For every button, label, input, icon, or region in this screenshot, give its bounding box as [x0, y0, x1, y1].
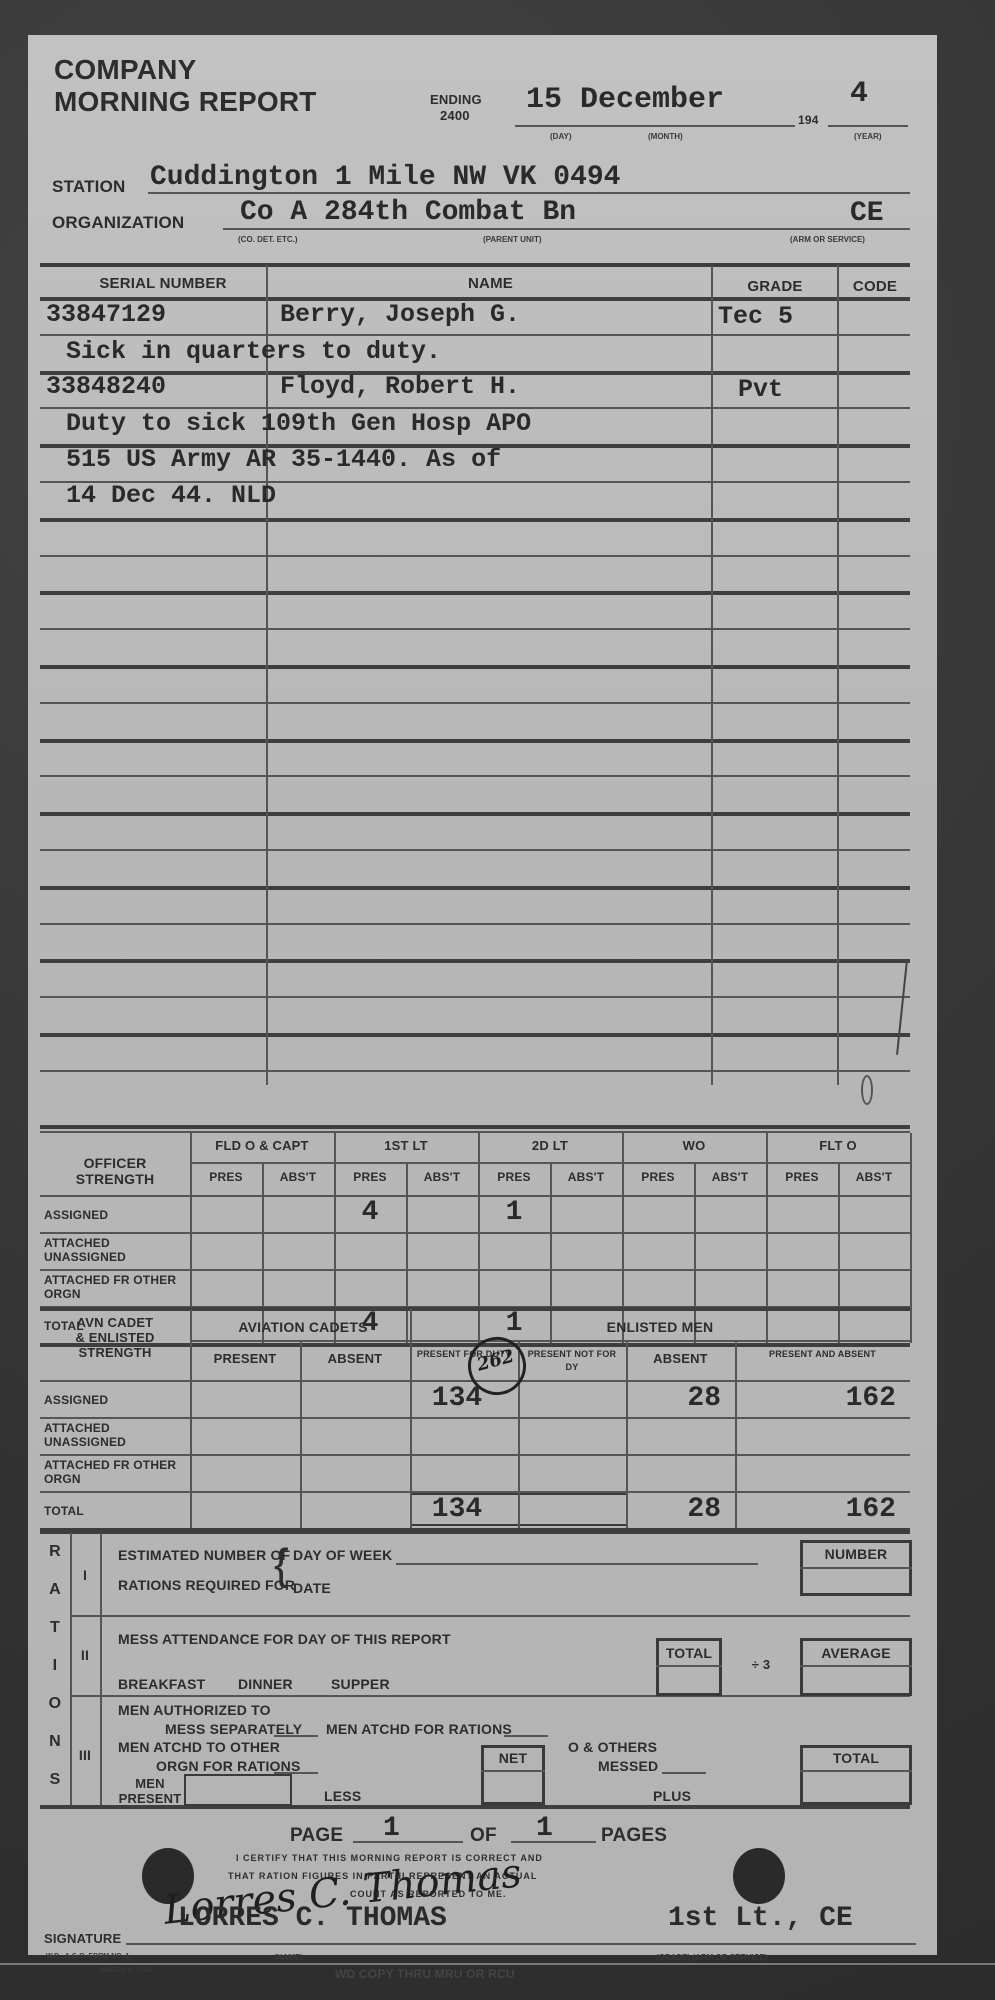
rations-rule — [70, 1695, 910, 1697]
col-header-name: NAME — [268, 275, 713, 292]
enlisted-row-label: ASSIGNED — [44, 1393, 184, 1407]
rations-rule — [70, 1615, 910, 1617]
enlisted-label-3: STRENGTH — [40, 1345, 190, 1360]
date-label: DATE — [293, 1580, 331, 1596]
soldier-name: Floyd, Robert H. — [280, 372, 520, 401]
roster-rule — [40, 334, 910, 336]
rations-letter: A — [40, 1581, 70, 1599]
roster-column-line — [711, 265, 713, 1085]
rations-letter: T — [40, 1619, 70, 1637]
grid-column-line — [766, 1133, 768, 1343]
grid-column-line — [262, 1162, 264, 1343]
organization-value: Co A 284th Combat Bn — [240, 197, 576, 228]
o-others-1: O & OTHERS — [568, 1739, 657, 1755]
officer-strength-label-1: OFFICER — [40, 1155, 190, 1171]
rations-top-rule — [40, 1530, 910, 1534]
net-box-rule — [481, 1770, 545, 1772]
enlisted-cell: 28 — [626, 1494, 721, 1525]
officer-sub-header: ABS'T — [262, 1170, 334, 1184]
net-label: NET — [481, 1750, 545, 1766]
col-header-code: CODE — [840, 278, 910, 295]
grade-caption: (GRADE) (ARM OR SERVICE) — [656, 1953, 767, 1962]
year-caption: (YEAR) — [854, 132, 882, 141]
remark-line: Sick in quarters to duty. — [66, 337, 441, 366]
men-atchd-other-1: MEN ATCHD TO OTHER — [118, 1739, 280, 1755]
enlisted-row-label: ATTACHED FR OTHER ORGN — [44, 1458, 184, 1486]
grid-column-line — [550, 1162, 552, 1343]
men-atchd-rations-input — [504, 1735, 548, 1737]
section-1-text-2: RATIONS REQUIRED FOR — [118, 1577, 295, 1593]
section-2-number: II — [70, 1647, 100, 1663]
remark-line: Duty to sick 109th Gen Hosp APO — [66, 409, 531, 438]
officer-sub-header: PRES — [478, 1170, 550, 1184]
total-box-iii-rule — [800, 1770, 912, 1772]
signer-name: LORRES C. THOMAS — [178, 1903, 447, 1934]
grid-column-line — [910, 1133, 912, 1343]
men-authorized-1: MEN AUTHORIZED TO — [118, 1702, 271, 1718]
officer-sub-header: ABS'T — [550, 1170, 622, 1184]
officer-top-rule-2 — [40, 1131, 910, 1133]
arm-value: CE — [850, 198, 884, 229]
grid-rule — [40, 1232, 910, 1234]
grid-column-line — [735, 1340, 737, 1528]
officer-row-label: ATTACHED UNASSIGNED — [44, 1236, 184, 1264]
roster-rule — [40, 1033, 910, 1037]
officer-sub-header: PRES — [190, 1170, 262, 1184]
grid-column-line — [838, 1162, 840, 1343]
form-date: MARCH 1, 1943 — [100, 1967, 151, 1974]
org-caption-unit: (CO. DET. ETC.) — [238, 235, 298, 244]
year-underline — [828, 125, 908, 127]
scan-artifact-line — [0, 1963, 995, 1965]
date-value: 15 December — [526, 83, 724, 117]
plus-label: PLUS — [653, 1788, 691, 1804]
grid-column-line — [694, 1162, 696, 1343]
enlisted-label-1: AVN CADET — [40, 1315, 190, 1330]
officer-row-label: ASSIGNED — [44, 1208, 184, 1222]
breakfast-label: BREAKFAST — [118, 1676, 205, 1692]
average-label: AVERAGE — [800, 1645, 912, 1661]
grid-column-line — [622, 1133, 624, 1343]
roster-rule — [40, 702, 910, 704]
officer-sub-header: ABS'T — [406, 1170, 478, 1184]
officer-group-header: FLD O & CAPT — [190, 1138, 334, 1153]
grid-column-line — [410, 1309, 412, 1528]
average-box-rule — [800, 1665, 912, 1667]
grid-rule — [40, 1307, 910, 1311]
number-label: NUMBER — [800, 1546, 912, 1562]
roster-rule — [40, 996, 910, 998]
officer-group-header: 2D LT — [478, 1138, 622, 1153]
rations-divider — [100, 1533, 102, 1805]
remark-line: 14 Dec 44. NLD — [66, 481, 276, 510]
officer-sub-header: PRES — [766, 1170, 838, 1184]
roster-rule — [40, 849, 910, 851]
roster-top-rule — [40, 263, 910, 267]
officer-cell: 4 — [334, 1197, 406, 1228]
binder-hole-right — [733, 1848, 785, 1904]
station-underline — [148, 192, 910, 194]
roster-rule — [40, 1070, 910, 1072]
enlisted-label-2: & ENLISTED — [40, 1330, 190, 1345]
section-1-text-1: ESTIMATED NUMBER OF — [118, 1547, 290, 1563]
serial-number: 33847129 — [46, 300, 166, 329]
total-pages-line — [511, 1841, 596, 1843]
total-pages: 1 — [536, 1813, 553, 1844]
soldier-grade: Pvt — [738, 375, 783, 404]
grid-rule — [40, 1195, 910, 1197]
signature-label: SIGNATURE — [44, 1931, 121, 1946]
officer-sub-header: ABS'T — [838, 1170, 910, 1184]
ending-time: 2400 — [440, 108, 470, 123]
officer-top-rule — [40, 1125, 910, 1129]
enlisted-cell: 162 — [735, 1494, 896, 1525]
officer-sub-header: PRES — [334, 1170, 406, 1184]
rations-letter: I — [40, 1657, 70, 1675]
o-others-2: MESSED — [598, 1758, 658, 1774]
form-title-line1: COMPANY — [54, 55, 196, 85]
officer-group-header: FLT O — [766, 1138, 910, 1153]
page-number-line — [353, 1841, 463, 1843]
page-label: PAGE — [290, 1825, 343, 1847]
grid-rule — [190, 1340, 910, 1342]
day-of-week-input — [396, 1563, 758, 1565]
officer-sub-header: ABS'T — [694, 1170, 766, 1184]
col-header-serial: SERIAL NUMBER — [48, 275, 278, 292]
roster-rule — [40, 739, 910, 743]
less-label: LESS — [324, 1788, 361, 1804]
morning-report-form: COMPANY MORNING REPORT ENDING 2400 15 De… — [28, 35, 937, 1955]
officer-strength-label-2: STRENGTH — [40, 1171, 190, 1187]
aviation-cadets-header: AVIATION CADETS — [196, 1319, 410, 1335]
officer-row-label: ATTACHED FR OTHER ORGN — [44, 1273, 184, 1301]
rations-letter: O — [40, 1695, 70, 1713]
grid-column-line — [300, 1340, 302, 1528]
year-value: 4 — [850, 77, 868, 111]
rations-letter: N — [40, 1733, 70, 1751]
men-present-2: PRESENT — [118, 1791, 182, 1806]
grid-column-line — [478, 1133, 480, 1343]
roster-rule — [40, 775, 910, 777]
dinner-label: DINNER — [238, 1676, 293, 1692]
grid-rule — [40, 1454, 910, 1456]
month-caption: (MONTH) — [648, 132, 683, 141]
col-header-grade: GRADE — [712, 278, 838, 295]
page-number: 1 — [383, 1813, 400, 1844]
total-iii-label: TOTAL — [800, 1750, 912, 1766]
officer-sub-header: PRES — [622, 1170, 694, 1184]
signer-grade: 1st Lt., CE — [668, 1903, 853, 1934]
officer-group-header: 1ST LT — [334, 1138, 478, 1153]
roster-rule — [40, 591, 910, 595]
soldier-grade: Tec 5 — [718, 302, 793, 331]
station-label: STATION — [52, 177, 125, 197]
section-3-number: III — [70, 1747, 100, 1763]
total-label: TOTAL — [656, 1645, 722, 1661]
enlisted-col-header: PRESENT AND ABSENT — [735, 1348, 910, 1361]
form-title-line2: MORNING REPORT — [54, 87, 317, 117]
enlisted-men-header: ENLISTED MEN — [410, 1319, 910, 1335]
officer-group-header: WO — [622, 1138, 766, 1153]
grid-column-line — [406, 1162, 408, 1343]
org-caption-parent: (PARENT UNIT) — [483, 235, 542, 244]
roster-rule — [40, 812, 910, 816]
roster-rule — [40, 886, 910, 890]
signature-line — [126, 1943, 916, 1945]
men-present-1: MEN — [118, 1776, 182, 1791]
mess-attendance-title: MESS ATTENDANCE FOR DAY OF THIS REPORT — [118, 1631, 451, 1647]
date-underline — [515, 125, 795, 127]
grid-rule — [40, 1417, 910, 1419]
rations-letter: R — [40, 1543, 70, 1561]
copy-note: WD COPY THRU MRU OR RCU — [335, 1967, 515, 1981]
roster-column-line — [266, 265, 268, 1085]
brace: { — [274, 1540, 289, 1590]
divide-by-three: ÷ 3 — [722, 1657, 800, 1672]
soldier-name: Berry, Joseph G. — [280, 300, 520, 329]
roster-rule — [40, 628, 910, 630]
org-caption-arm: (ARM OR SERVICE) — [790, 235, 865, 244]
grid-column-line — [190, 1309, 192, 1528]
supper-label: SUPPER — [331, 1676, 390, 1692]
station-value: Cuddington 1 Mile NW VK 0494 — [150, 162, 620, 193]
organization-label: ORGANIZATION — [52, 213, 184, 233]
total-box-rule — [656, 1665, 722, 1667]
remark-line: 515 US Army AR 35-1440. As of — [66, 445, 501, 474]
o-others-input — [662, 1772, 706, 1774]
serial-number: 33848240 — [46, 372, 166, 401]
form-id: W.D., A.G.O. FORM NO. 1 — [46, 1953, 129, 1960]
officer-cell: 1 — [478, 1197, 550, 1228]
section-1-number: I — [70, 1567, 100, 1583]
pencil-mark — [896, 960, 908, 1055]
enlisted-col-header: ABSENT — [626, 1352, 735, 1365]
year-prefix: 194 — [798, 113, 819, 127]
enlisted-cell: 162 — [735, 1383, 896, 1414]
pages-label: PAGES — [601, 1825, 667, 1847]
of-label: OF — [470, 1825, 497, 1847]
grid-column-line — [334, 1133, 336, 1343]
name-caption: (NAME) — [274, 1953, 303, 1962]
men-present-box — [184, 1774, 292, 1806]
roster-rule — [40, 959, 910, 963]
pencil-mark — [861, 1075, 873, 1105]
enlisted-col-header: ABSENT — [300, 1352, 410, 1365]
enlisted-col-header: PRESENT — [190, 1352, 300, 1365]
roster-rule — [40, 665, 910, 669]
roster-rule — [40, 518, 910, 522]
grid-column-line — [626, 1340, 628, 1528]
number-box-rule — [800, 1567, 912, 1569]
roster-rule — [40, 923, 910, 925]
enlisted-col-header: PRESENT NOT FOR DY — [518, 1348, 626, 1374]
mess-separately-input — [274, 1735, 318, 1737]
ending-label: ENDING — [430, 92, 482, 107]
enlisted-row-label: ATTACHED UNASSIGNED — [44, 1421, 184, 1449]
men-atchd-rations-label: MEN ATCHD FOR RATIONS — [326, 1721, 512, 1737]
day-of-week-label: DAY OF WEEK — [293, 1547, 392, 1563]
organization-underline — [223, 228, 910, 230]
enlisted-cell: 28 — [626, 1383, 721, 1414]
rations-letter: S — [40, 1771, 70, 1789]
day-caption: (DAY) — [550, 132, 571, 141]
roster-column-line — [837, 265, 839, 1085]
enlisted-row-label: TOTAL — [44, 1504, 184, 1518]
grid-rule — [40, 1269, 910, 1271]
roster-rule — [40, 555, 910, 557]
